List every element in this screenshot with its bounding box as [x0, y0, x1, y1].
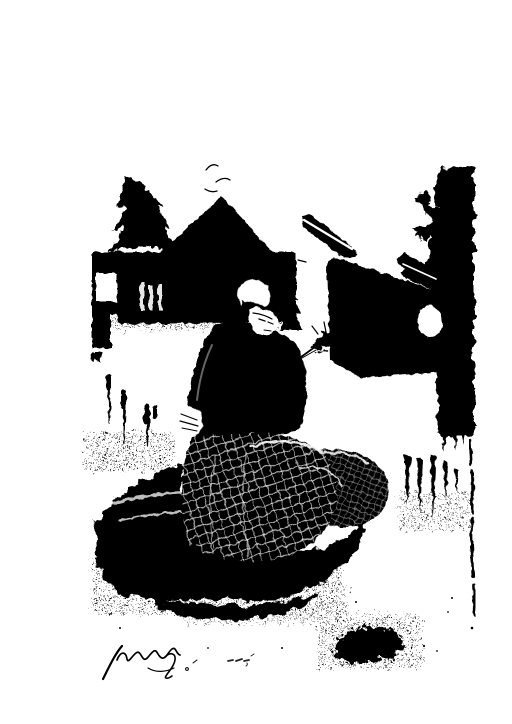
grass-specks-right	[398, 492, 470, 530]
wall-opening	[418, 305, 442, 337]
wall-gap	[96, 274, 117, 302]
engraving-page	[0, 0, 512, 724]
wall-slits	[140, 283, 162, 311]
jacket-torso	[187, 322, 306, 438]
engraving-illustration	[0, 0, 512, 724]
fence-post	[92, 252, 111, 362]
grass-clumps-left	[85, 432, 173, 472]
ink-dot	[471, 627, 474, 630]
grass-tuft-specks	[318, 614, 422, 668]
